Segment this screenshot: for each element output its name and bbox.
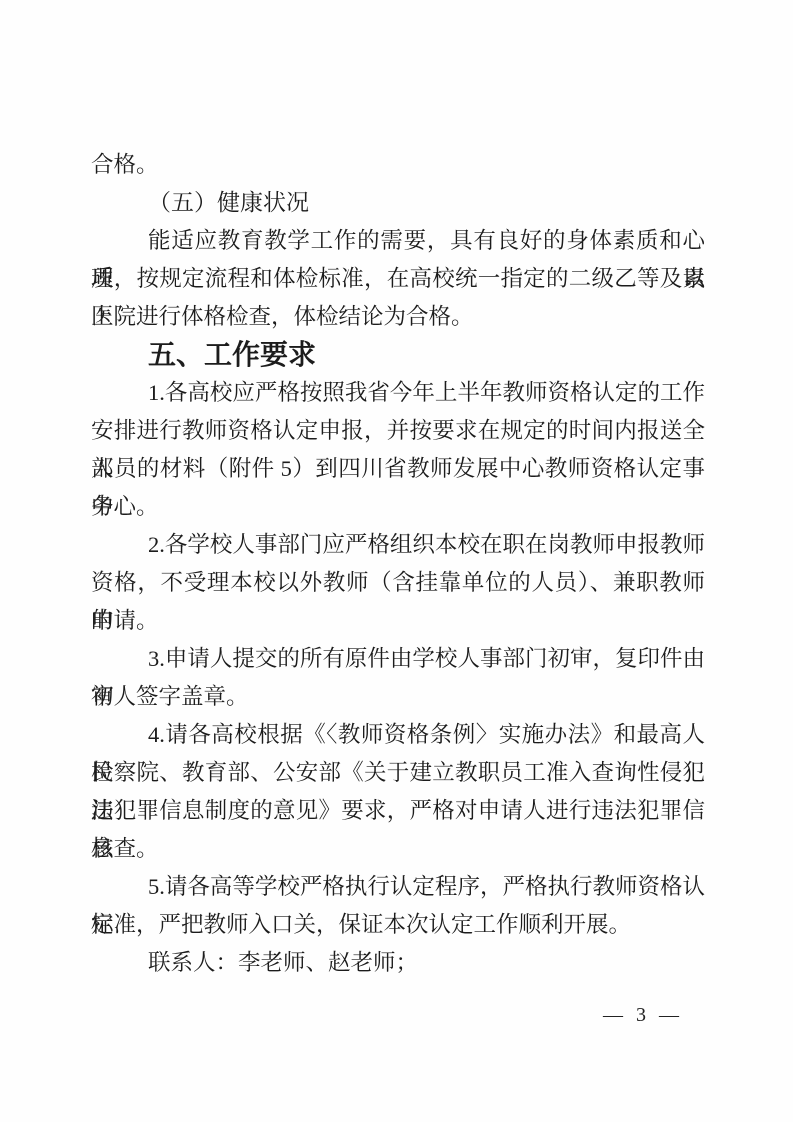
text-line: 联系人：李老师、赵老师；	[91, 944, 705, 982]
document-page: 合格。（五）健康状况能适应教育教学工作的需要，具有良好的身体素质和心理素质，按规…	[0, 0, 793, 1122]
text-line: 人员的材料（附件 5）到四川省教师发展中心教师资格认定事务	[91, 450, 705, 488]
text-line: 5.请各高等学校严格执行认定程序，严格执行教师资格认定	[91, 868, 705, 906]
text-line: 标准，严把教师入口关，保证本次认定工作顺利开展。	[91, 906, 705, 944]
text-line: 审人签字盖章。	[91, 678, 705, 716]
text-line: 医院进行体格检查，体检结论为合格。	[91, 298, 705, 336]
text-line: 申请。	[91, 602, 705, 640]
text-line: 3.申请人提交的所有原件由学校人事部门初审，复印件由初	[91, 640, 705, 678]
text-line: 质，按规定流程和体检标准，在高校统一指定的二级乙等及以上	[91, 260, 705, 298]
text-line: 法犯罪信息制度的意见》要求，严格对申请人进行违法犯罪信息	[91, 792, 705, 830]
page-number: — 3 —	[0, 1002, 679, 1028]
text-line: 2.各学校人事部门应严格组织本校在职在岗教师申报教师	[91, 526, 705, 564]
document-body: 合格。（五）健康状况能适应教育教学工作的需要，具有良好的身体素质和心理素质，按规…	[91, 146, 705, 982]
text-line: 检察院、教育部、公安部《关于建立教职员工准入查询性侵犯违	[91, 754, 705, 792]
text-line: 中心。	[91, 488, 705, 526]
subsection-heading: （五）健康状况	[91, 184, 705, 222]
text-line: 资格，不受理本校以外教师（含挂靠单位的人员）、兼职教师的	[91, 564, 705, 602]
text-line: 安排进行教师资格认定申报，并按要求在规定的时间内报送全部	[91, 412, 705, 450]
text-line: 能适应教育教学工作的需要，具有良好的身体素质和心理素	[91, 222, 705, 260]
text-line: 核查。	[91, 830, 705, 868]
text-line: 4.请各高校根据《〈教师资格条例〉实施办法》和最高人民	[91, 716, 705, 754]
text-line: 1.各高校应严格按照我省今年上半年教师资格认定的工作	[91, 374, 705, 412]
text-line: 合格。	[91, 146, 705, 184]
section-heading: 五、工作要求	[91, 336, 705, 374]
